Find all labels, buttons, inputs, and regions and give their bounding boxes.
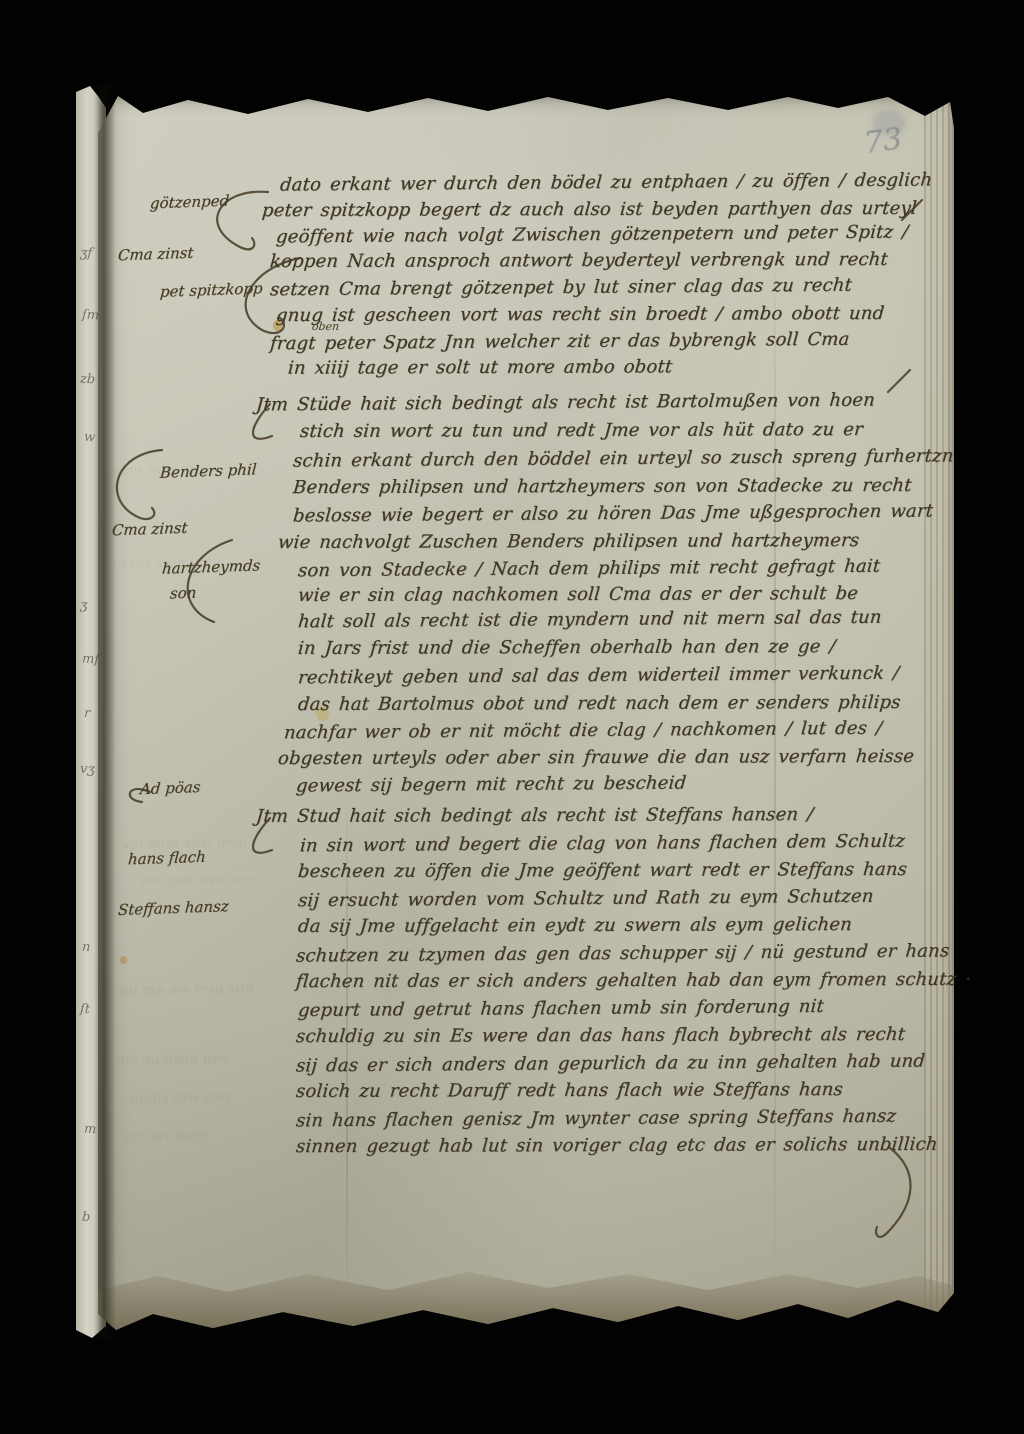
manuscript-line: das hat Bartolmus obot und redt nach dem… [297,692,901,715]
manuscript-line: Benders philipsen und hartzheymers son v… [292,475,912,498]
manuscript-line: geöffent wie nach volgt Zwischen götzenp… [275,222,909,248]
manuscript-line: koppen Nach ansproch antwort beyderteyl … [269,249,889,272]
manuscript-line: Jtm Stüde hait sich bedingt als recht is… [255,390,876,416]
manuscript-line: sin hans flachen genisz Jm wynter case s… [295,1106,897,1132]
margin-note: götzenped [149,192,229,213]
manuscript-line: gnug ist gescheen vort was recht sin bro… [275,303,885,326]
margin-note: pet spitzkopp [159,279,263,301]
margin-note: hartzheymds [161,556,260,577]
edge-mark: m [84,1122,97,1138]
bleedthrough-text: vnu mwn uv mn [116,1051,229,1070]
manuscript-line: rechtikeyt geben und sal das dem widerte… [297,663,900,689]
margin-note: Steffans hansz [117,897,229,919]
manuscript-line: stich sin wort zu tun und redt Jme vor a… [299,419,864,442]
margin-note: Cma zinst [117,244,194,265]
manuscript-line: peter spitzkopp begert dz auch also ist … [261,198,918,221]
edge-mark: zb [80,372,96,388]
manuscript-line: beslosse wie begert er also zu hören Das… [292,500,934,526]
manuscript-line: dato erkant wer durch den bödel zu entph… [279,169,933,195]
manuscript-line: schuldig zu sin Es were dan das hans fla… [295,1024,906,1047]
manuscript-line: in sin wort und begert die clag von hans… [299,831,906,857]
edge-mark: ʒ [80,598,88,613]
edge-mark: ſm [82,308,100,324]
edge-mark: w [84,430,96,446]
margin-note: son [169,584,197,603]
manuscript-line: nachfar wer ob er nit möcht die clag / n… [283,718,883,744]
manuscript-line: sij das er sich anders dan gepurlich da … [295,1051,926,1077]
manuscript-line: Jtm Stud hait sich bedingt als recht ist… [255,804,814,827]
margin-note: Cma zinst [111,519,188,540]
manuscript-line: bescheen zu öffen die Jme geöffent wart … [297,859,908,882]
manuscript-line: gepurt und getrut hans flachen umb sin f… [297,996,825,1021]
edge-mark: b [82,1210,91,1225]
edge-mark: ſt [80,1002,91,1018]
manuscript-line: flachen nit das er sich anders gehalten … [295,969,972,992]
edge-mark: n [82,940,91,955]
margin-note: hans flach [127,848,206,869]
manuscript-line: wie nachvolgt Zuschen Benders philipsen … [277,530,860,553]
bleedthrough-text: mun vw nm [124,1127,207,1145]
edge-mark: mſ [82,652,100,668]
bleedthrough-text: nuv wm vnum [130,1089,230,1108]
manuscript-line: son von Stadecke / Nach dem philips mit … [297,556,881,582]
manuscript-line: obgesten urteyls oder aber sin frauwe di… [277,746,915,769]
margin-note: Ad pöas [139,778,201,798]
manuscript-line: halt soll als recht ist die myndern und … [297,607,882,633]
folio-number: 73 [862,122,904,161]
manuscript-line: schin erkant durch den böddel ein urteyl… [292,445,954,471]
manuscript-line: sinnen gezugt hab lut sin voriger clag e… [295,1134,938,1157]
manuscript-line: fragt peter Spatz Jnn welcher zit er das… [269,329,850,355]
manuscript-line: in xiiij tage er solt ut more ambo obott [287,356,673,378]
edge-mark: ʒf [80,246,93,262]
edge-mark: r [84,706,91,721]
manuscript-line: schutzen zu tzymen das gen das schupper … [295,940,950,966]
manuscript-line: gewest sij begern mit recht zu bescheid [295,772,687,796]
manuscript-line: wie er sin clag nachkomen soll Cma das e… [297,583,859,606]
manuscript-scan: 73 ʒf ſm zb w ʒ mſ r vʒ n ſt m b nm wun … [0,0,1024,1434]
manuscript-line: in Jars frist und die Scheffen oberhalb … [297,636,836,659]
manuscript-line: sij ersucht worden vom Schultz und Rath … [297,886,874,912]
bleedthrough-text: nw mvu wen vm [140,870,255,889]
manuscript-line: setzen Cma brengt götzenpet by lut siner… [269,275,853,301]
manuscript-line: da sij Jme uffgelacht ein eydt zu swern … [297,914,853,937]
manuscript-line: solich zu recht Daruff redt hans flach w… [295,1079,844,1102]
edge-mark: vʒ [80,762,95,778]
margin-note: Benders phil [159,460,257,481]
bleedthrough-text: mw uvm wv nm un [120,980,254,999]
